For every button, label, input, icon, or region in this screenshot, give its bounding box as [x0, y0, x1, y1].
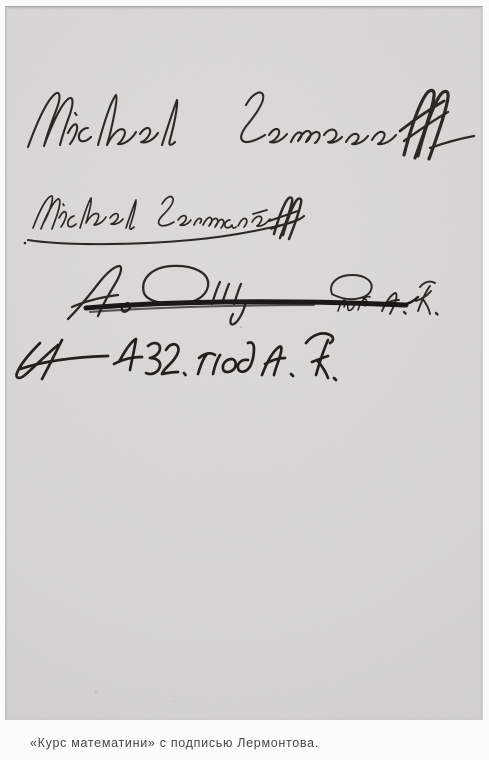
handwriting-canvas [6, 7, 482, 720]
photo-caption: «Курс математини» с подписью Лермонтова. [30, 736, 319, 750]
photo-grain-texture [6, 7, 482, 720]
manuscript-photo [5, 6, 483, 720]
book-page: «Курс математини» с подписью Лермонтова. [0, 0, 489, 760]
